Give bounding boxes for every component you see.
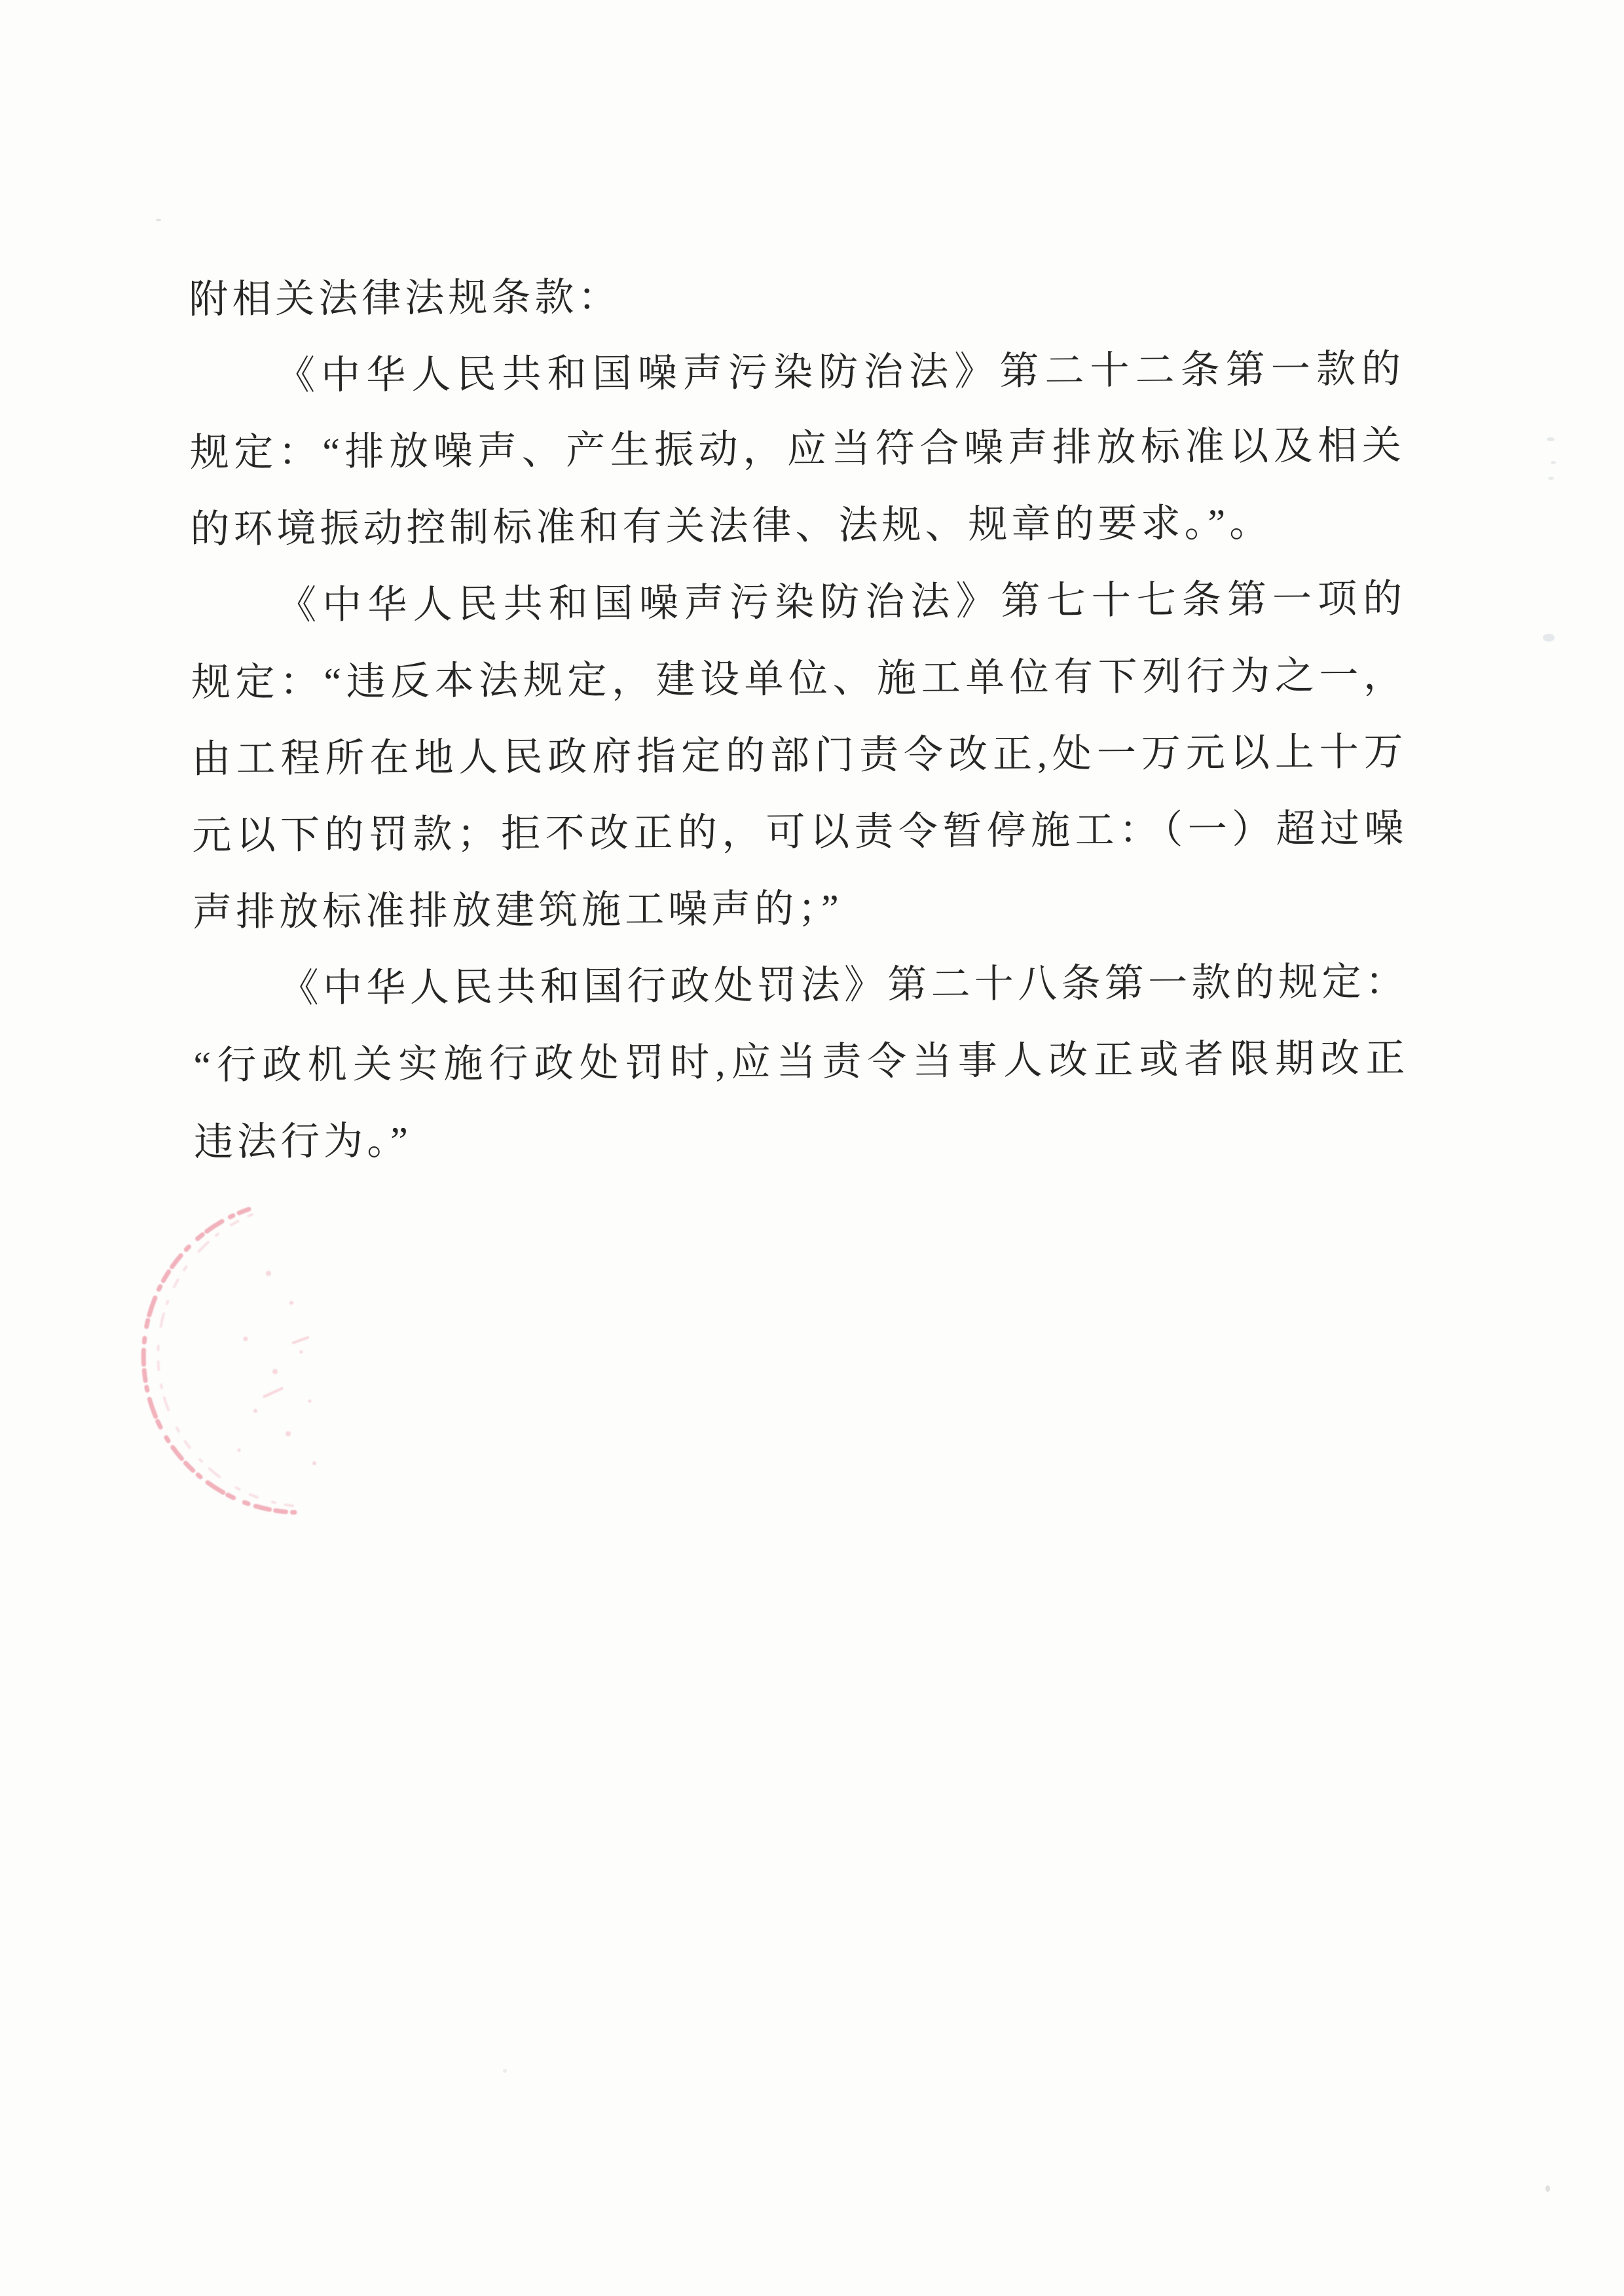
document-text-block: 附相关法律法规条款： 《中华人民共和国噪声污染防治法》第二十二条第一款的 规定：…: [189, 254, 1410, 1180]
scan-smudge: [503, 2069, 507, 2073]
body-line: 规定：“违反本法规定，建设单位、施工单位有下列行为之一，: [191, 637, 1407, 721]
scan-smudge: [156, 219, 161, 221]
scan-smudge: [1551, 461, 1556, 464]
heading-line: 附相关法律法规条款：: [189, 254, 1405, 338]
body-line: 《中华人民共和国行政处罚法》第二十八条第一款的规定：: [193, 943, 1409, 1027]
scan-smudge: [1545, 2185, 1550, 2192]
body-line: 元以下的罚款；拒不改正的，可以责令暂停施工：（一）超过噪: [192, 790, 1408, 874]
body-line: 声排放标准排放建筑施工噪声的；”: [193, 867, 1409, 951]
body-line: 《中华人民共和国噪声污染防治法》第七十七条第一项的: [191, 560, 1407, 644]
scanned-document-page: { "page": { "kind": "scanned official le…: [0, 0, 1624, 2296]
body-line: 由工程所在地人民政府指定的部门责令改正,处一万元以上十万: [191, 714, 1407, 797]
scan-smudge: [1547, 437, 1555, 441]
stamp-arc: [143, 1209, 295, 1512]
scan-smudge: [1543, 634, 1555, 642]
paper-sheet: 附相关法律法规条款： 《中华人民共和国噪声污染防治法》第二十二条第一款的 规定：…: [0, 0, 1624, 2296]
body-line: 规定：“排放噪声、产生振动，应当符合噪声排放标准以及相关: [189, 407, 1405, 491]
body-line: 的环境振动控制标准和有关法律、法规、规章的要求。”。: [190, 484, 1406, 568]
body-line: “行政机关实施行政处罚时,应当责令当事人改正或者限期改正: [193, 1020, 1409, 1104]
stamp-speckles: [238, 1271, 317, 1465]
red-seal-stamp-partial: [141, 1175, 429, 1607]
body-line: 《中华人民共和国噪声污染防治法》第二十二条第一款的: [189, 331, 1405, 414]
scan-smudge: [1548, 477, 1554, 480]
body-line: 违法行为。”: [194, 1097, 1410, 1180]
